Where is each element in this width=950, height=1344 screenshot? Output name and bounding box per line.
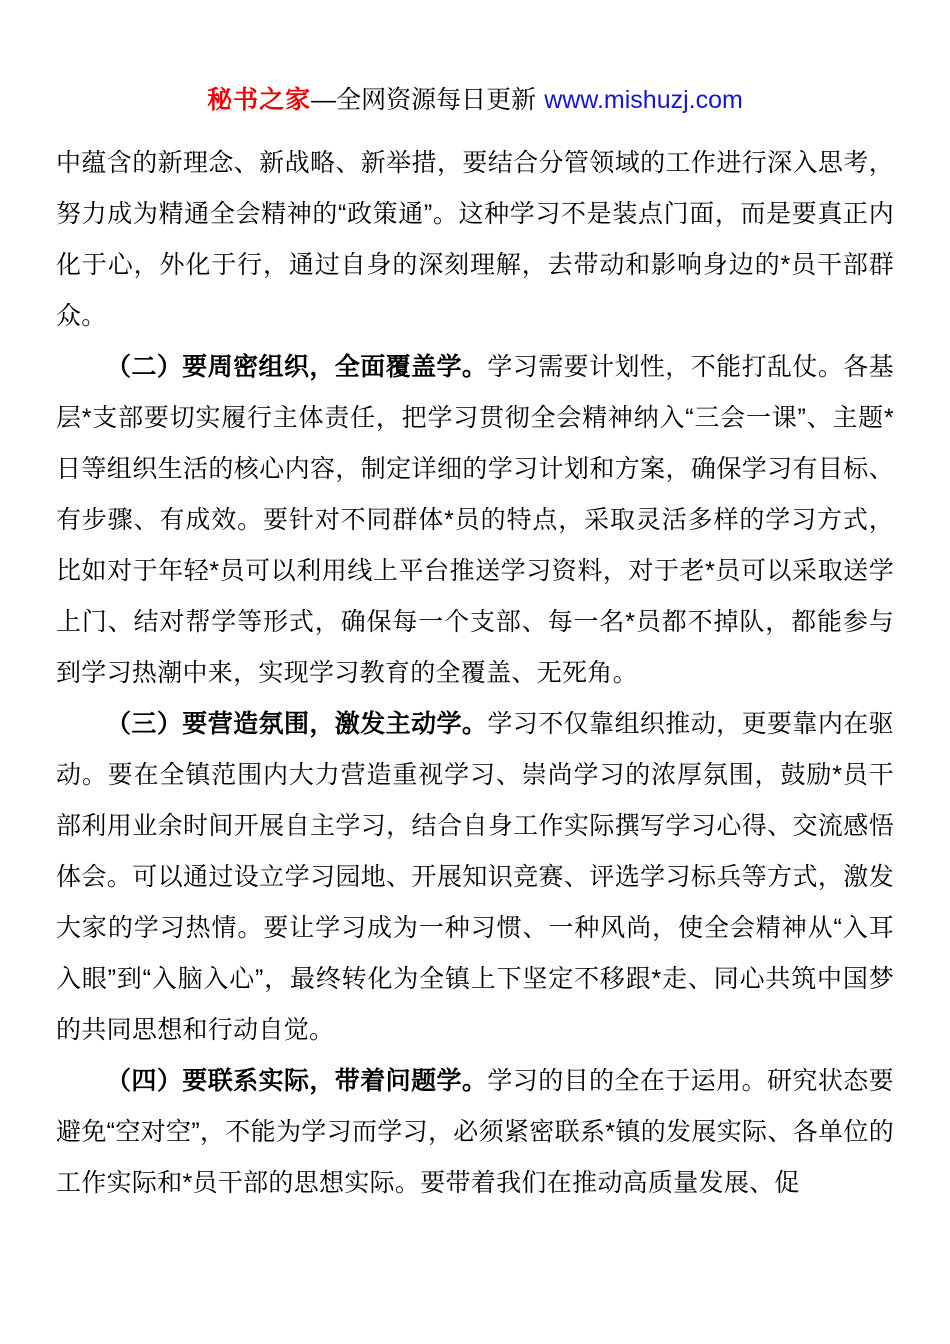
document-body: 中蕴含的新理念、新战略、新举措，要结合分管领域的工作进行深入思考，努力成为精通全… <box>0 138 950 1209</box>
site-url-link[interactable]: www.mishuzj.com <box>544 86 743 114</box>
paragraph-continuation: 中蕴含的新理念、新战略、新举措，要结合分管领域的工作进行深入思考，努力成为精通全… <box>56 138 894 342</box>
paragraph-text: 学习不仅靠组织推动，更要靠内在驱动。要在全镇范围内大力营造重视学习、崇尚学习的浓… <box>56 710 894 1044</box>
paragraph-text: 中蕴含的新理念、新战略、新举措，要结合分管领域的工作进行深入思考，努力成为精通全… <box>56 149 894 330</box>
paragraph-section-4: （四）要联系实际，带着问题学。学习的目的全在于运用。研究状态要避免“空对空”，不… <box>56 1056 894 1209</box>
site-brand: 秘书之家 <box>207 86 311 114</box>
site-tagline: —全网资源每日更新 <box>311 86 536 114</box>
section-heading: （二）要周密组织，全面覆盖学。 <box>106 353 487 381</box>
paragraph-section-2: （二）要周密组织，全面覆盖学。学习需要计划性，不能打乱仗。各基层*支部要切实履行… <box>56 342 894 699</box>
paragraph-text: 学习需要计划性，不能打乱仗。各基层*支部要切实履行主体责任，把学习贯彻全会精神纳… <box>56 353 894 687</box>
document-page: 秘书之家—全网资源每日更新www.mishuzj.com 中蕴含的新理念、新战略… <box>0 0 950 1344</box>
site-header: 秘书之家—全网资源每日更新www.mishuzj.com <box>0 0 950 118</box>
section-heading: （三）要营造氛围，激发主动学。 <box>106 710 487 738</box>
section-heading: （四）要联系实际，带着问题学。 <box>106 1067 487 1095</box>
paragraph-section-3: （三）要营造氛围，激发主动学。学习不仅靠组织推动，更要靠内在驱动。要在全镇范围内… <box>56 699 894 1056</box>
